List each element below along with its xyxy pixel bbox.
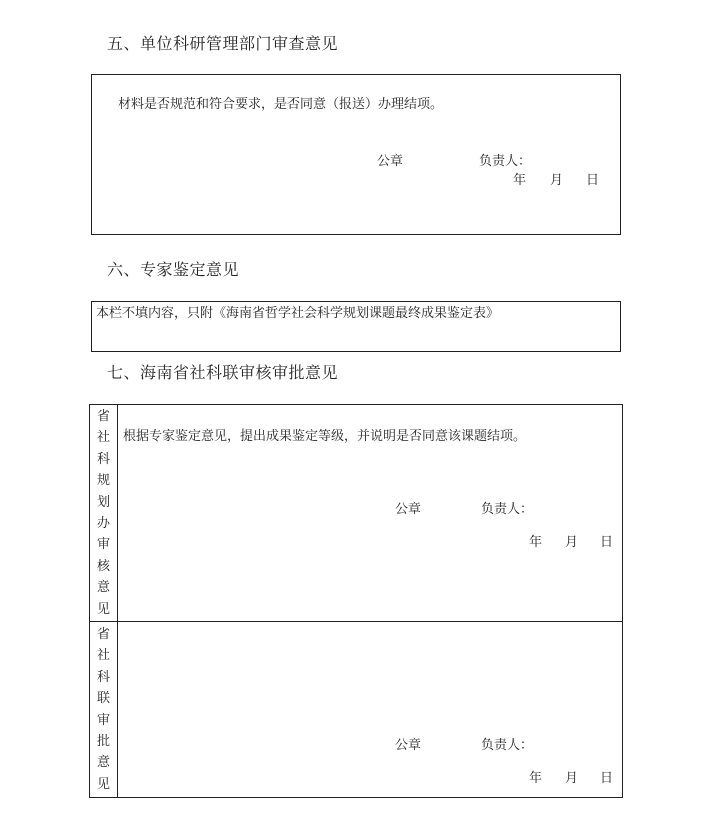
date-month: 月 <box>550 169 563 188</box>
seal-label: 公章 <box>377 150 403 169</box>
responsible-label: 负责人： <box>481 498 533 517</box>
label-char: 划 <box>90 492 117 513</box>
label-char: 省 <box>90 406 117 427</box>
label-char: 科 <box>90 667 117 688</box>
social-science-federation-label: 省 社 科 联 审 批 意 见 <box>90 624 117 795</box>
label-char: 批 <box>90 731 117 752</box>
label-char: 科 <box>90 449 117 470</box>
label-char: 核 <box>90 556 117 577</box>
label-char: 见 <box>90 774 117 795</box>
date-month: 月 <box>565 767 578 786</box>
label-char: 省 <box>90 624 117 645</box>
section-5-title: 五、单位科研管理部门审查意见 <box>107 31 338 54</box>
responsible-label: 负责人： <box>481 734 533 753</box>
date-year: 年 <box>513 169 526 188</box>
date-day: 日 <box>586 169 599 188</box>
planning-office-prompt: 根据专家鉴定意见，提出成果鉴定等级，并说明是否同意该课题结项。 <box>123 425 526 444</box>
label-char: 社 <box>90 427 117 448</box>
responsible-label: 负责人： <box>479 150 531 169</box>
expert-opinion-box: 本栏不填内容，只附《海南省哲学社会科学规划课题最终成果鉴定表》 <box>91 301 621 352</box>
date-day: 日 <box>600 767 613 786</box>
label-char: 意 <box>90 752 117 773</box>
approval-table: 省 社 科 规 划 办 审 核 意 见 根据专家鉴定意见，提出成果鉴定等级，并说… <box>89 404 623 798</box>
federation-approval-cell[interactable]: 公章 负责人： 年 月 日 <box>118 622 622 797</box>
label-char: 办 <box>90 513 117 534</box>
label-char: 联 <box>90 688 117 709</box>
seal-label: 公章 <box>395 498 421 517</box>
planning-office-label: 省 社 科 规 划 办 审 核 意 见 <box>90 406 117 620</box>
section-7-title: 七、海南省社科联审核审批意见 <box>107 360 338 383</box>
expert-opinion-note: 本栏不填内容，只附《海南省哲学社会科学规划课题最终成果鉴定表》 <box>96 302 499 321</box>
label-char: 见 <box>90 599 117 620</box>
date-day: 日 <box>600 531 613 550</box>
label-char: 审 <box>90 710 117 731</box>
date-year: 年 <box>529 767 542 786</box>
unit-review-box[interactable]: 材料是否规范和符合要求，是否同意（报送）办理结项。 公章 负责人： 年 月 日 <box>91 74 621 235</box>
date-month: 月 <box>565 531 578 550</box>
unit-review-prompt: 材料是否规范和符合要求，是否同意（报送）办理结项。 <box>118 93 443 112</box>
label-char: 意 <box>90 577 117 598</box>
section-6-title: 六、专家鉴定意见 <box>107 257 239 280</box>
label-char: 规 <box>90 470 117 491</box>
seal-label: 公章 <box>395 734 421 753</box>
label-char: 社 <box>90 645 117 666</box>
planning-office-opinion-cell[interactable]: 根据专家鉴定意见，提出成果鉴定等级，并说明是否同意该课题结项。 公章 负责人： … <box>118 405 622 621</box>
label-char: 审 <box>90 534 117 555</box>
date-year: 年 <box>529 531 542 550</box>
